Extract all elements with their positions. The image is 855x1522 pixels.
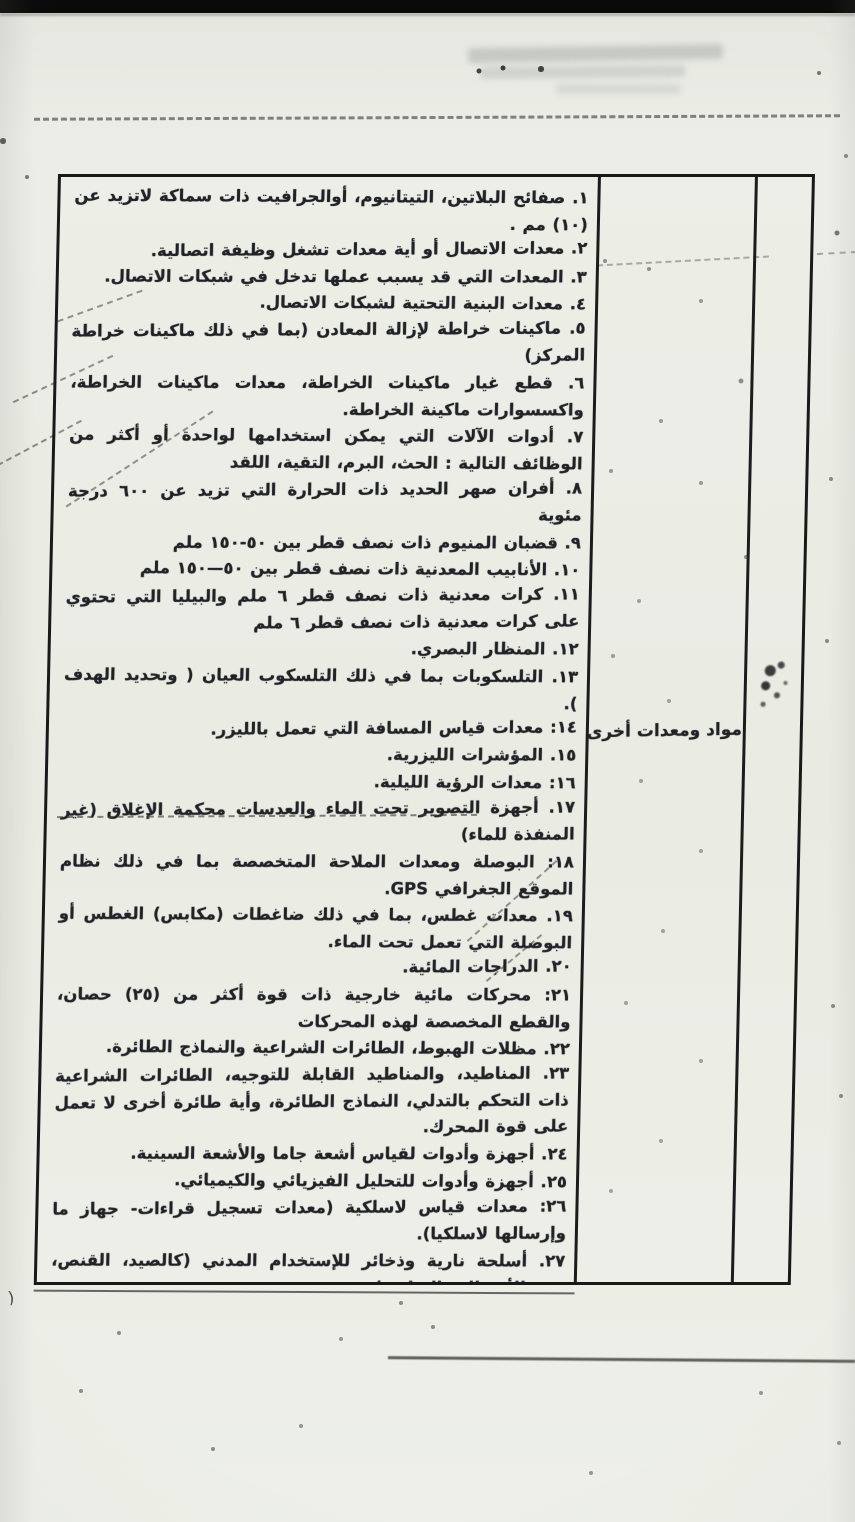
list-item: ٢. معدات الاتصال أو أية معدات تشغل وظيفة… bbox=[73, 236, 587, 266]
list-item: ١٣. التلسكوبات بما في ذلك التلسكوب العيا… bbox=[63, 661, 578, 717]
restricted-items-table: ١. صفائح البلاتين، التيتانيوم، أوالجرافي… bbox=[34, 174, 815, 1285]
list-item: ٣. المعدات التي قد يسبب عملها تدخل في شب… bbox=[72, 263, 587, 290]
list-item: ٤. معدات البنية التحتية لشبكات الاتصال. bbox=[72, 289, 587, 318]
ghost-text-smudge bbox=[556, 84, 681, 94]
list-item: ٢٧. أسلحة نارية وذخائر للإستخدام المدني … bbox=[50, 1247, 565, 1282]
list-item: ١٧. أجهزة التصوير تحت الماء والعدسات محك… bbox=[60, 794, 575, 850]
items-list: ١. صفائح البلاتين، التيتانيوم، أوالجرافي… bbox=[47, 184, 589, 1282]
pencil-underline bbox=[388, 1356, 855, 1363]
items-column: ١. صفائح البلاتين، التيتانيوم، أوالجرافي… bbox=[37, 177, 598, 1282]
list-item: ٢٢. مظلات الهبوط، الطائرات الشراعية والن… bbox=[56, 1034, 571, 1063]
list-item: ٨. أفران صهر الحديد ذات الحرارة التي تزي… bbox=[67, 475, 582, 531]
scanned-document-page: { "page": { "kind": "scanned Arabic tabl… bbox=[0, 0, 855, 1522]
ghost-text-smudge bbox=[480, 65, 685, 79]
list-item: ١١. كرات معدنية ذات نصف قطر ٦ ملم والبيل… bbox=[65, 581, 580, 637]
list-item: ٥. ماكينات خراطة لإزالة المعادن (بما في … bbox=[71, 315, 586, 371]
list-item: ٩. قضبان المنيوم ذات نصف قطر بين ٥٠-١٥٠ … bbox=[67, 529, 582, 556]
toner-speckles bbox=[0, 0, 2, 2]
list-item: ١٦: معدات الرؤية الليلية. bbox=[61, 768, 576, 797]
list-item: ١٨: البوصلة ومعدات الملاحة المتخصصة بما … bbox=[59, 848, 574, 902]
list-item: ٢٠. الدراجات المائية. bbox=[57, 954, 571, 984]
ink-blot bbox=[754, 655, 791, 711]
list-item: ١٩. معدات غطس، بما في ذلك ضاغطات (مكابس)… bbox=[58, 901, 573, 957]
ghost-text-smudge bbox=[468, 44, 723, 63]
list-item: ٢٤. أجهزة وأدوات لقياس أشعة جاما والأشعة… bbox=[53, 1141, 568, 1168]
dotted-crease-line bbox=[34, 114, 840, 121]
list-item: ٢١: محركات مائية خارجية ذات قوة أكثر من … bbox=[56, 981, 571, 1035]
list-item: ٢٦: معدات قياس لاسلكية (معدات تسجيل قراء… bbox=[52, 1193, 567, 1249]
stray-paren-mark: ) bbox=[7, 1288, 16, 1308]
list-item: ١٢. المنظار البصري. bbox=[64, 636, 579, 663]
list-item: ١٤: معدات قياس المسافة التي تعمل بالليزر… bbox=[63, 714, 577, 744]
list-item: ١٥. المؤشرات الليزرية. bbox=[62, 742, 577, 769]
list-item: ١٠. الأنابيب المعدنية ذات نصف قطر بين ٥٠… bbox=[66, 555, 581, 584]
category-label: مواد ومعدات أخرى bbox=[586, 720, 743, 743]
list-item: ٢٣. المناطيد، والمناطيد القابلة للتوجيه،… bbox=[54, 1060, 569, 1143]
list-item: ٢٥. أجهزة وأدوات للتحليل الفيزيائي والكي… bbox=[53, 1167, 568, 1196]
list-item: ٧. أدوات الآلات التي يمكن استخدامها لواح… bbox=[68, 422, 583, 478]
crease-mark bbox=[817, 251, 855, 255]
list-item: ١. صفائح البلاتين، التيتانيوم، أوالجرافي… bbox=[74, 183, 589, 239]
scan-edge-bar bbox=[0, 0, 855, 13]
list-item: ٦. قطع غيار ماكينات الخراطة، معدات ماكين… bbox=[70, 370, 585, 424]
